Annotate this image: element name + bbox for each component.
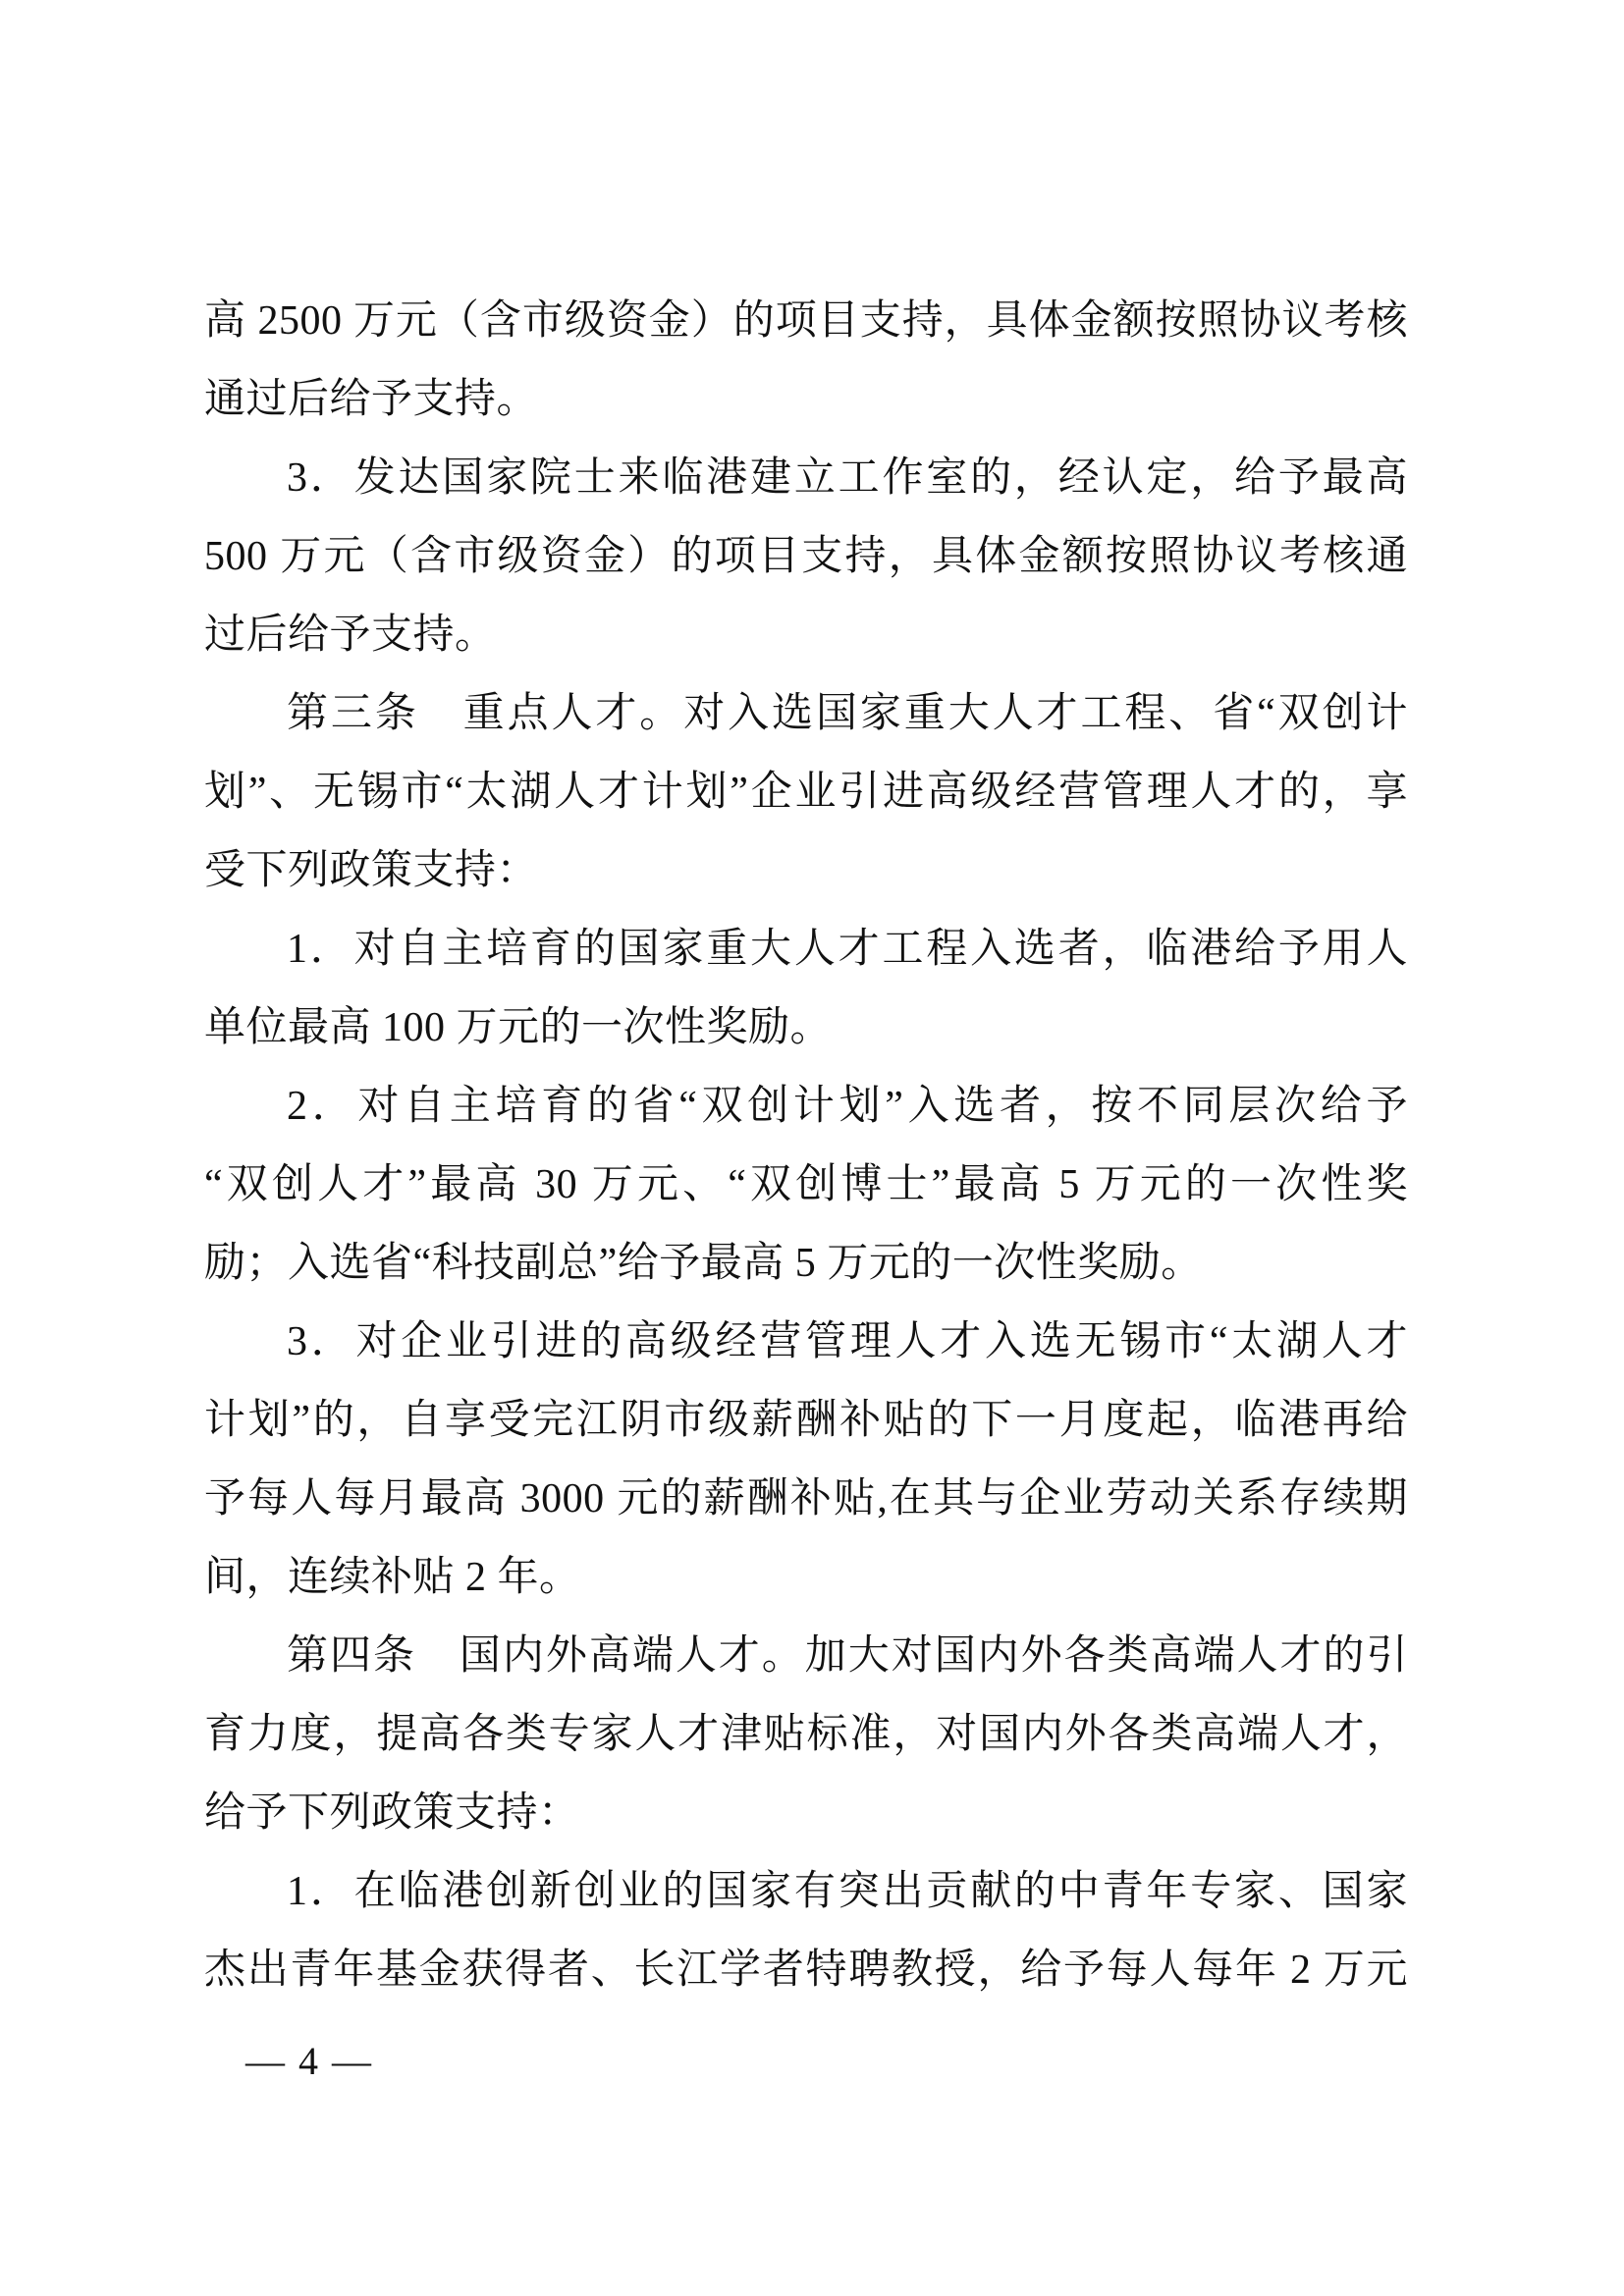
text-line: 3．对企业引进的高级经营管理人才入选无锡市“太湖人才 <box>204 1303 1408 1381</box>
text-line: 单位最高 100 万元的一次性奖励。 <box>204 988 1408 1067</box>
text-line: “双创人才”最高 30 万元、“双创博士”最高 5 万元的一次性奖 <box>204 1146 1408 1224</box>
text-line: 3．发达国家院士来临港建立工作室的，经认定，给予最高 <box>204 439 1408 517</box>
text-line: 1．对自主培育的国家重大人才工程入选者，临港给予用人 <box>204 910 1408 988</box>
page-number-footer: — 4 — <box>245 2040 373 2083</box>
text-line: 2．对自主培育的省“双创计划”入选者，按不同层次给予 <box>204 1067 1408 1146</box>
text-line: 划”、无锡市“太湖人才计划”企业引进高级经营管理人才的，享 <box>204 753 1408 831</box>
text-line: 第三条 重点人才。对入选国家重大人才工程、省“双创计 <box>204 674 1408 753</box>
text-line: 通过后给予支持。 <box>204 360 1408 439</box>
text-line: 间，连续补贴 2 年。 <box>204 1538 1408 1617</box>
text-line: 杰出青年基金获得者、长江学者特聘教授，给予每人每年 2 万元 <box>204 1931 1408 2009</box>
text-line: 计划”的，自享受完江阴市级薪酬补贴的下一月度起，临港再给 <box>204 1381 1408 1460</box>
text-line: 受下列政策支持： <box>204 831 1408 910</box>
text-line: 励；入选省“科技副总”给予最高 5 万元的一次性奖励。 <box>204 1224 1408 1303</box>
text-line: 育力度，提高各类专家人才津贴标准，对国内外各类高端人才， <box>204 1695 1408 1774</box>
text-line: 1．在临港创新创业的国家有突出贡献的中青年专家、国家 <box>204 1852 1408 1931</box>
text-line: 第四条 国内外高端人才。加大对国内外各类高端人才的引 <box>204 1617 1408 1695</box>
document-body: 高 2500 万元（含市级资金）的项目支持，具体金额按照协议考核通过后给予支持。… <box>204 282 1408 2009</box>
document-page: 高 2500 万元（含市级资金）的项目支持，具体金额按照协议考核通过后给予支持。… <box>0 0 1624 2296</box>
text-line: 高 2500 万元（含市级资金）的项目支持，具体金额按照协议考核 <box>204 282 1408 360</box>
text-line: 过后给予支持。 <box>204 596 1408 674</box>
text-line: 500 万元（含市级资金）的项目支持，具体金额按照协议考核通 <box>204 517 1408 596</box>
text-line: 予每人每月最高 3000 元的薪酬补贴,在其与企业劳动关系存续期 <box>204 1460 1408 1538</box>
text-line: 给予下列政策支持： <box>204 1774 1408 1852</box>
